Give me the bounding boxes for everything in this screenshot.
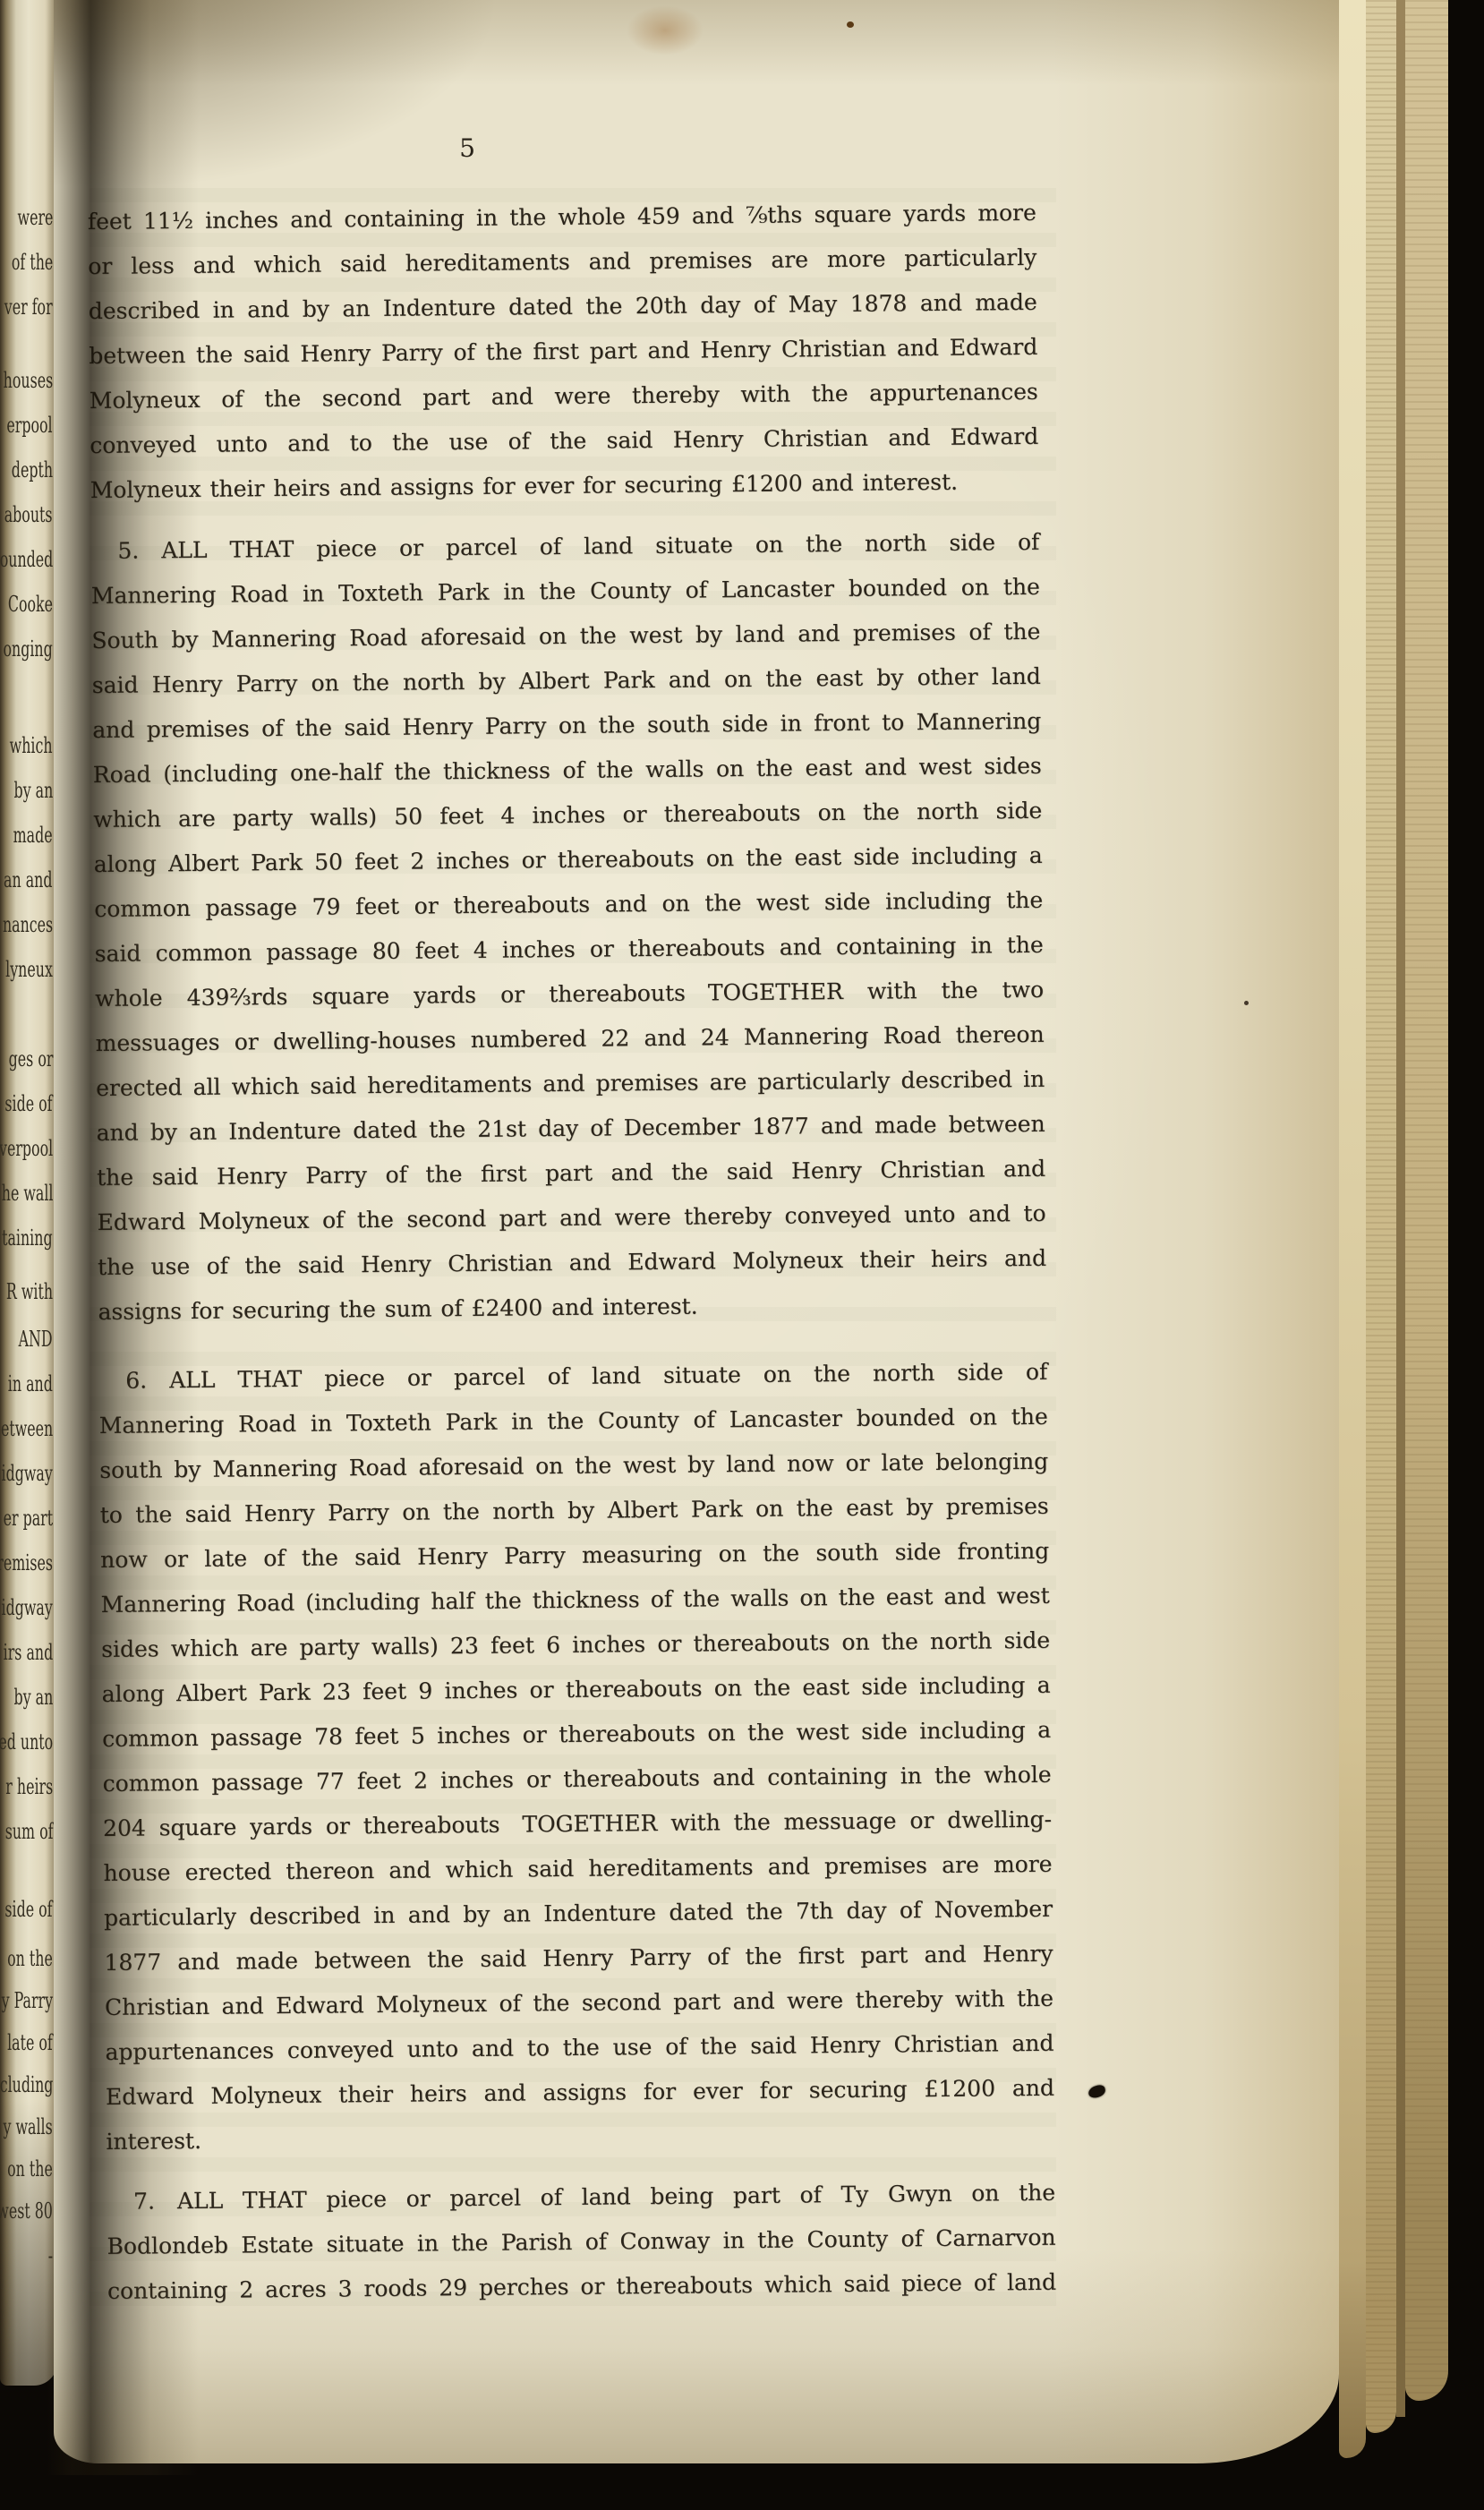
facing-page-text-fragment: irs and	[3, 1635, 53, 1670]
facing-page-text-fragment: idgway	[2, 1590, 53, 1626]
facing-page-text-fragment: lyneux	[5, 952, 53, 987]
paragraph-continuation: feet 11½ inches and containing in the wh…	[88, 191, 1039, 513]
facing-page-text-fragment: he wall	[1, 1175, 53, 1211]
text-line: the use of the said Henry Christian and …	[98, 1236, 1046, 1290]
facing-page-text-fragment: on the	[7, 2151, 53, 2187]
facing-page-text-fragment: were	[17, 200, 53, 235]
facing-page-text-fragment: in and	[8, 1366, 53, 1402]
page-edges-stack	[1339, 0, 1366, 2458]
facing-page-text-fragment: -	[48, 2238, 53, 2274]
facing-page-text-fragment: ed unto	[0, 1724, 53, 1760]
facing-page-text-fragment: verpool	[0, 1131, 53, 1166]
text-line: assigns for securing the sum of £2400 an…	[98, 1281, 1046, 1335]
facing-page-text-fragment: on the	[7, 1941, 53, 1976]
facing-page-text-fragment: depth	[12, 452, 53, 488]
facing-page-text-fragment: ges or	[8, 1041, 53, 1077]
facing-page-text-fragment: west 80	[0, 2193, 53, 2229]
paper-speck	[1244, 1001, 1249, 1005]
document-page: 5 feet 11½ inches and containing in the …	[54, 0, 1339, 2463]
facing-page-text-fragment: an and	[4, 862, 53, 898]
page-edges-stack	[1396, 0, 1405, 2417]
page-edges-stack	[1366, 0, 1396, 2433]
page-number: 5	[459, 133, 475, 163]
facing-page-text-fragment: nances	[3, 907, 53, 943]
facing-page-text-fragment: taining	[3, 1220, 53, 1256]
facing-page-text-fragment: R with	[6, 1274, 53, 1310]
text-line: containing 2 acres 3 roods 29 perches or…	[107, 2260, 1056, 2314]
facing-page-text-fragment: late of	[7, 2025, 53, 2061]
facing-page-text-fragment: y Parry	[2, 1983, 53, 2019]
facing-page-text-fragment: remises	[0, 1545, 53, 1581]
book-page-photo: wereof thever forhouseserpooldepthabouts…	[0, 0, 1484, 2510]
facing-page-text-fragment: houses	[3, 363, 53, 398]
facing-page-text-fragment: which	[10, 728, 53, 764]
page-edges-stack	[1405, 0, 1448, 2401]
facing-page-text-fragment: side of	[5, 1086, 53, 1122]
clause-5: 5. ALL THAT piece or parcel of land situ…	[90, 520, 1047, 1335]
facing-page-text-fragment: Cooke	[8, 586, 53, 622]
facing-page-text-fragment: sum of	[4, 1814, 53, 1849]
facing-page-edge: wereof thever forhouseserpooldepthabouts…	[0, 0, 57, 2386]
page-text: 5 feet 11½ inches and containing in the …	[86, 0, 1058, 2421]
ink-blot	[1087, 2084, 1106, 2099]
facing-page-text-fragment: made	[13, 817, 53, 853]
facing-page-text-fragment: cluding	[0, 2067, 53, 2103]
text-line: Molyneux their heirs and assigns for eve…	[90, 459, 1039, 513]
facing-page-text-fragment: by an	[13, 773, 53, 808]
text-line: interest.	[106, 2111, 1054, 2164]
facing-page-text-fragment: ver for	[4, 289, 53, 325]
facing-page-text-fragment: by an	[13, 1679, 53, 1715]
facing-page-text-fragment: abouts	[4, 497, 53, 533]
facing-page-text-fragment: onging	[4, 631, 53, 667]
clause-7: 7. ALL THAT piece or parcel of land bein…	[107, 2171, 1056, 2314]
facing-page-text-fragment: of the	[12, 244, 53, 280]
facing-page-text-fragment: idgway	[2, 1456, 53, 1491]
facing-page-text-fragment: etween	[1, 1411, 53, 1447]
clause-6: 6. ALL THAT piece or parcel of land situ…	[98, 1350, 1055, 2164]
facing-page-text-fragment: y walls	[4, 2109, 53, 2145]
paragraphs-container: feet 11½ inches and containing in the wh…	[86, 0, 1035, 4]
facing-page-text-fragment: AND	[19, 1321, 53, 1357]
facing-page-text-fragment: er part	[3, 1500, 53, 1536]
facing-page-text-fragment: side of	[5, 1891, 53, 1927]
text-line: Edward Molyneux their heirs and assigns …	[106, 2066, 1054, 2120]
facing-page-text-fragment: erpool	[7, 407, 53, 443]
facing-page-text-fragment: ounded	[0, 542, 53, 577]
book-fore-edge	[1339, 0, 1484, 2510]
facing-page-text-fragment: r heirs	[5, 1769, 53, 1805]
